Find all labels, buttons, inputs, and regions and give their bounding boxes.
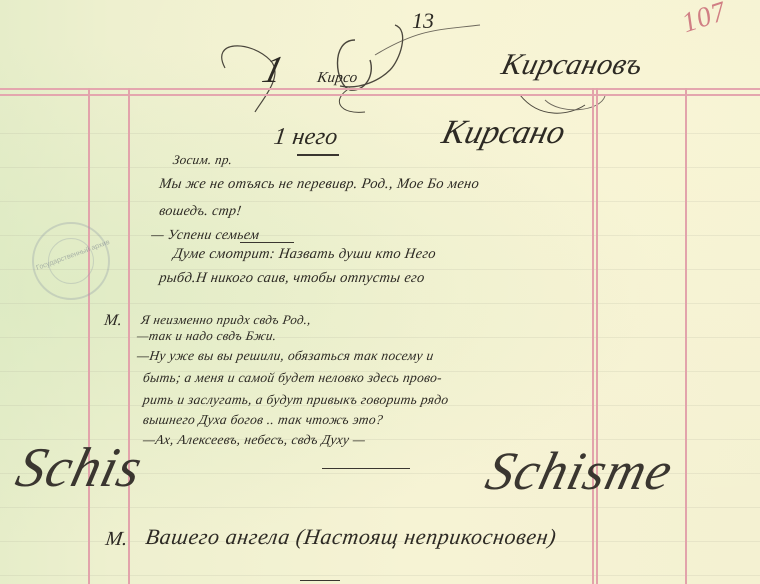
- section-1-line-3: вошедъ. стр!: [158, 204, 242, 220]
- header-rule-top: [0, 88, 760, 90]
- margin-rule-1: [88, 88, 90, 584]
- section-2-margin-mark: М.: [103, 312, 123, 330]
- ruled-lines: [0, 100, 760, 584]
- section-2-line-3: —Ну уже вы вы решили, обязаться так посе…: [136, 348, 435, 364]
- column-rule-3: [592, 88, 594, 584]
- section-1-heading-right: Кирсано: [438, 114, 569, 152]
- heading-underline: [297, 154, 339, 156]
- section-3-margin-word-left: Schis: [10, 436, 149, 500]
- section-1-line-1: Зосим. пр.: [172, 152, 234, 168]
- section-2-line-7: —Ах, Алексеевъ, небесъ, свдъ Духу —: [142, 432, 366, 448]
- line-4-underline: [240, 242, 294, 243]
- manuscript-page: 107 13 1 Кирсо Кирсановъ Государственный…: [0, 0, 760, 584]
- header-column-1-sublabel: Кирсо: [316, 70, 359, 87]
- section-1-line-2: Мы же не отъясь не перевивр. Род., Мое Б…: [158, 176, 480, 193]
- section-divider: [322, 468, 410, 469]
- bottom-stroke: [300, 580, 340, 581]
- header-rule-bottom: [0, 94, 760, 96]
- column-rule-4: [596, 88, 598, 584]
- page-number: 107: [678, 0, 731, 40]
- margin-rule-2: [128, 88, 130, 584]
- header-number-mark: 13: [412, 8, 434, 34]
- header-column-2-label: Кирсановъ: [498, 48, 647, 82]
- section-1-line-6: рыбд.Н никого саив, чтобы отпусты его: [158, 270, 426, 287]
- column-rule-5: [685, 88, 687, 584]
- section-4-line: Вашего ангела (Настоящ неприкосновен): [144, 524, 558, 550]
- section-2-line-2: —так и надо свдъ Бжи.: [136, 328, 278, 344]
- section-1-line-5: Думе смотрит: Назвать души кто Него: [172, 246, 437, 263]
- section-1-heading-left: 1 него: [272, 124, 340, 151]
- section-4-margin-mark: М.: [104, 528, 129, 551]
- section-2-line-5: рить и заслугать, а будут привыкъ говори…: [142, 392, 450, 408]
- section-2-line-6: вышнего Духа богов .. так чтожъ это?: [142, 412, 384, 428]
- archive-stamp: Государственный архив: [32, 222, 110, 300]
- header-column-1-label: 1: [258, 48, 288, 92]
- section-3-margin-word-right: Schisme: [480, 440, 679, 502]
- section-2-line-4: быть; а меня и самой будет неловко здесь…: [142, 370, 443, 386]
- section-2-line-1: Я неизменно придх свдъ Род.,: [140, 312, 312, 328]
